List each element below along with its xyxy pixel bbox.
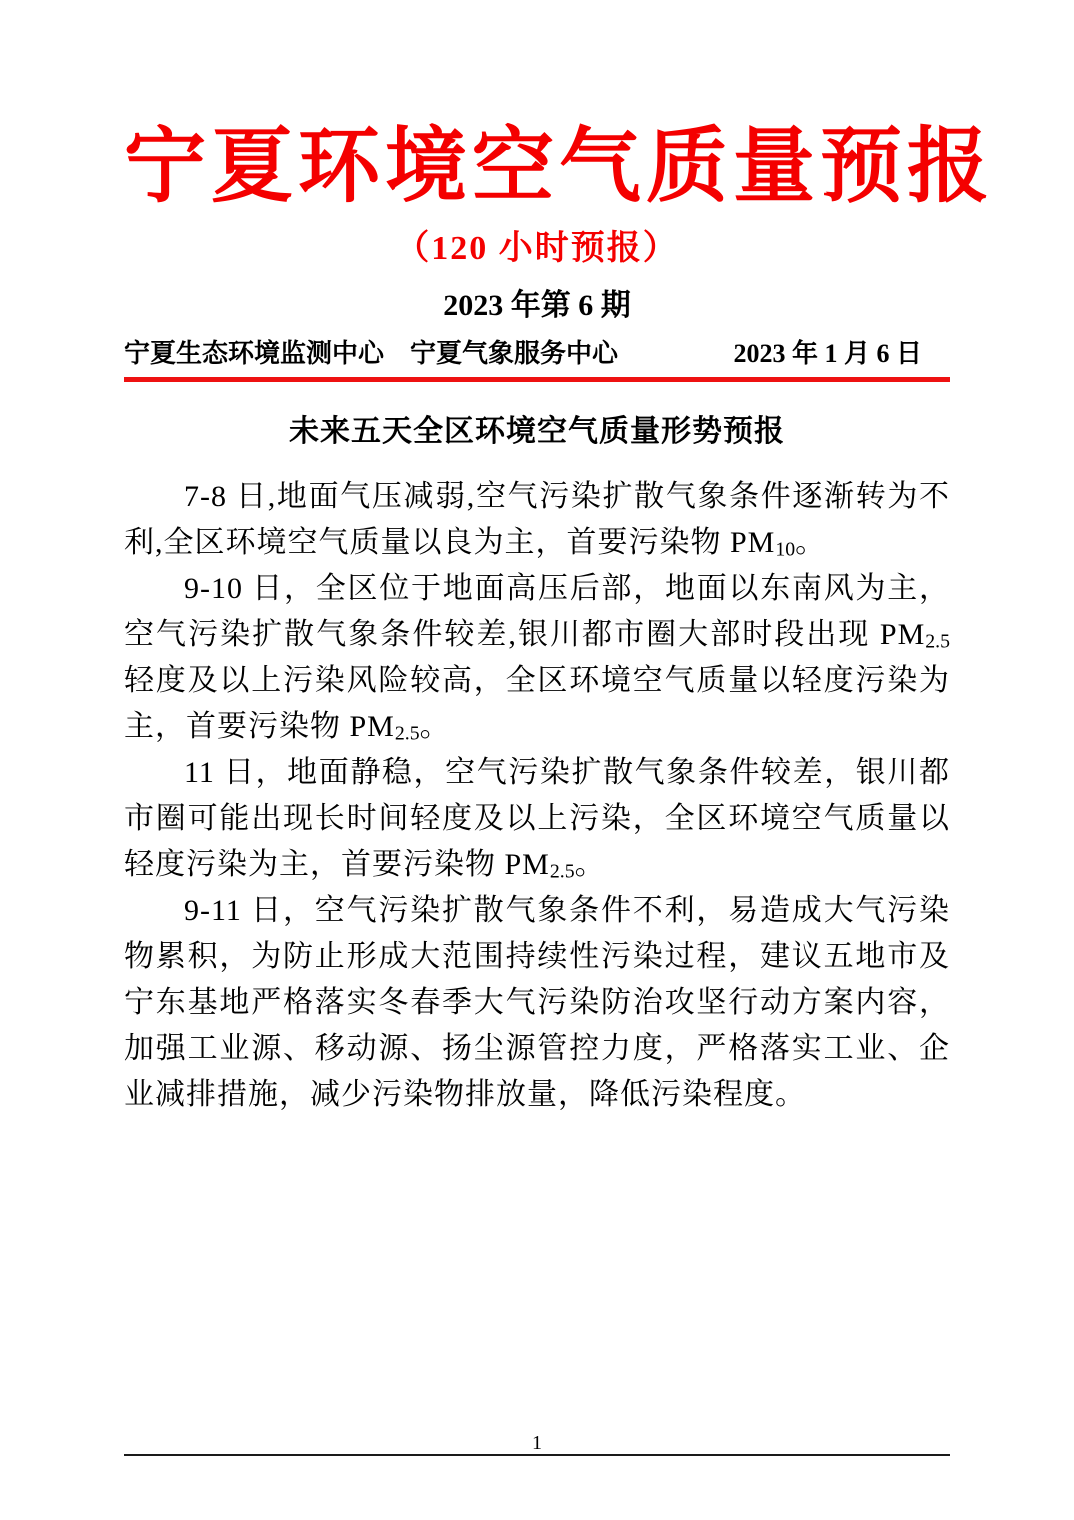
section-heading: 未来五天全区环境空气质量形势预报 — [124, 414, 950, 450]
forecast-body: 7-8 日,地面气压减弱,空气污染扩散气象条件逐渐转为不利,全区环境空气质量以良… — [124, 474, 950, 1118]
document-subtitle: （120 小时预报） — [124, 228, 950, 271]
body-paragraph: 7-8 日,地面气压减弱,空气污染扩散气象条件逐渐转为不利,全区环境空气质量以良… — [124, 474, 950, 566]
document-page: 宁夏环境空气质量预报 （120 小时预报） 2023 年第 6 期 宁夏生态环境… — [0, 0, 1074, 1520]
publication-date: 2023 年 1 月 6 日 — [733, 338, 950, 371]
body-paragraph: 9-10 日，全区位于地面高压后部，地面以东南风为主，空气污染扩散气象条件较差,… — [124, 566, 950, 750]
masthead-row: 宁夏生态环境监测中心 宁夏气象服务中心 2023 年 1 月 6 日 — [124, 338, 950, 371]
page-footer: 1 — [124, 1432, 950, 1456]
document-title: 宁夏环境空气质量预报 — [124, 118, 950, 216]
page-content: 宁夏环境空气质量预报 （120 小时预报） 2023 年第 6 期 宁夏生态环境… — [0, 0, 1074, 1118]
body-paragraph: 9-11 日，空气污染扩散气象条件不利，易造成大气污染物累积，为防止形成大范围持… — [124, 888, 950, 1118]
issue-number: 2023 年第 6 期 — [124, 287, 950, 325]
body-paragraph: 11 日，地面静稳，空气污染扩散气象条件较差，银川都市圈可能出现长时间轻度及以上… — [124, 750, 950, 888]
page-number: 1 — [532, 1432, 542, 1454]
red-divider-rule — [124, 377, 950, 382]
publisher-names: 宁夏生态环境监测中心 宁夏气象服务中心 — [124, 338, 618, 371]
